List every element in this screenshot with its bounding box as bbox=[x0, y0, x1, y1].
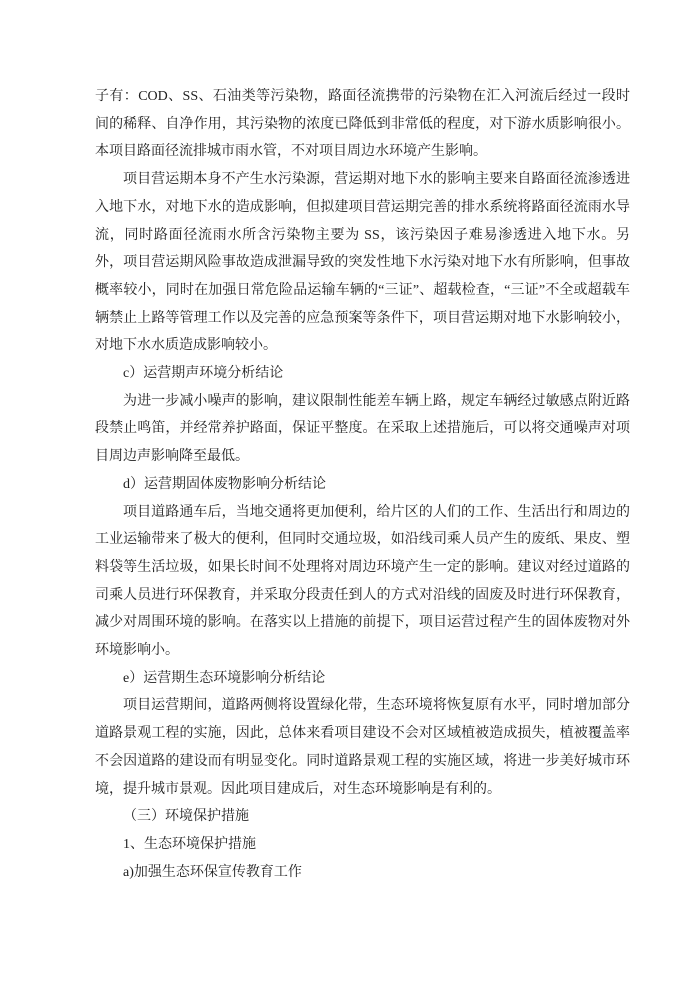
document-text-block: 子有：COD、SS、石油类等污染物，路面径流携带的污染物在汇入河流后经过一段时间… bbox=[95, 83, 630, 886]
paragraph-water-pollution-continuation: 子有：COD、SS、石油类等污染物，路面径流携带的污染物在汇入河流后经过一段时间… bbox=[95, 83, 630, 166]
heading-c-noise-environment-conclusion: c）运营期声环境分析结论 bbox=[95, 360, 630, 388]
paragraph-groundwater-impact: 项目营运期本身不产生水污染源，营运期对地下水的影响主要来自路面径流渗透进入地下水… bbox=[95, 166, 630, 360]
heading-section-3-environmental-protection-measures: （三）环境保护措施 bbox=[95, 803, 630, 831]
paragraph-noise-mitigation: 为进一步减小噪声的影响，建议限制性能差车辆上路，规定车辆经过敏感点附近路段禁止鸣… bbox=[95, 388, 630, 471]
paragraph-ecological-impact: 项目运营期间，道路两侧将设置绿化带，生态环境将恢复原有水平，同时增加部分道路景观… bbox=[95, 692, 630, 803]
heading-e-ecological-environment-conclusion: e）运营期生态环境影响分析结论 bbox=[95, 665, 630, 693]
paragraph-solid-waste-impact: 项目道路通车后，当地交通将更加便利，给片区的人们的工作、生活出行和周边的工业运输… bbox=[95, 499, 630, 665]
heading-a-strengthen-eco-education: a)加强生态环保宣传教育工作 bbox=[95, 859, 630, 887]
heading-1-ecological-protection-measures: 1、生态环境保护措施 bbox=[95, 831, 630, 859]
heading-d-solid-waste-conclusion: d）运营期固体废物影响分析结论 bbox=[95, 471, 630, 499]
document-page: 子有：COD、SS、石油类等污染物，路面径流携带的污染物在汇入河流后经过一段时间… bbox=[0, 0, 700, 989]
